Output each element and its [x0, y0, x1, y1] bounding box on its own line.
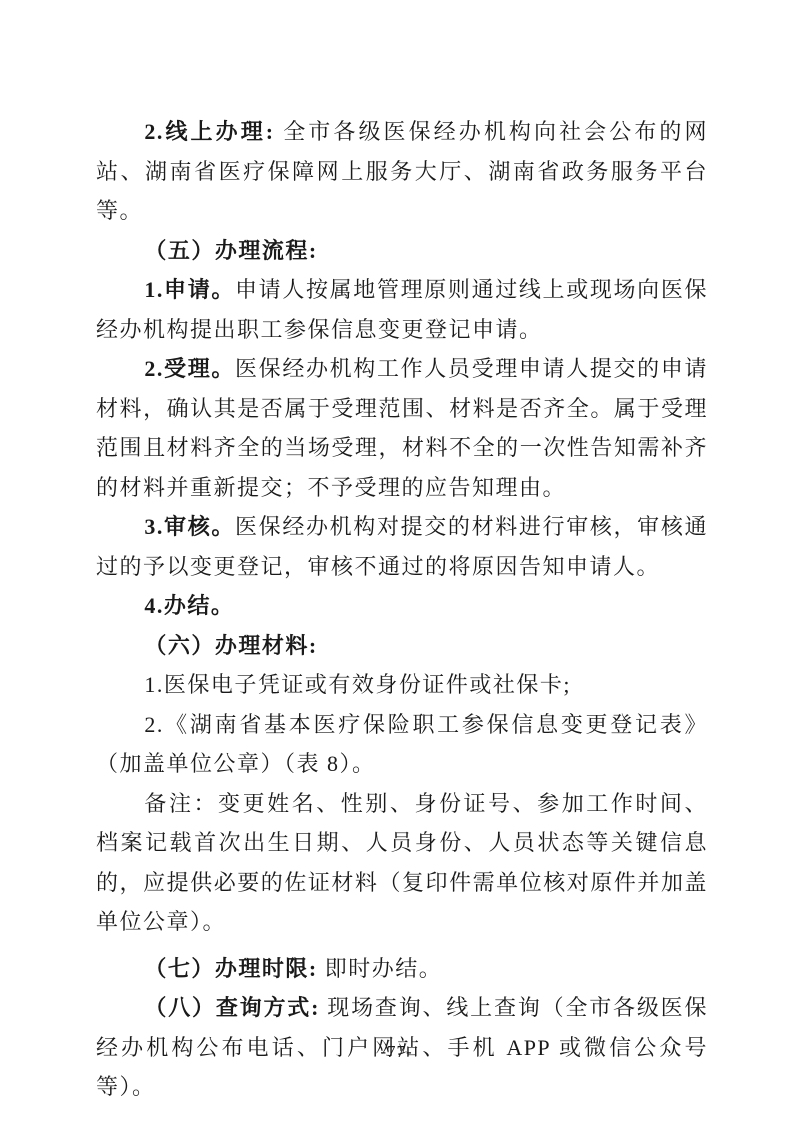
paragraph-remark: 备注：变更姓名、性别、身份证号、参加工作时间、档案记载首次出生日期、人员身份、人… — [96, 784, 708, 942]
document-page: 2.线上办理: 全市各级医保经办机构向社会公布的网站、湖南省医疗保障网上服务大厅… — [0, 0, 793, 1122]
paragraph-lead: 2.受理。 — [144, 356, 235, 381]
heading-lead: （七）办理时限: — [144, 956, 317, 981]
document-body: 2.线上办理: 全市各级医保经办机构向社会公布的网站、湖南省医疗保障网上服务大厅… — [96, 112, 708, 1107]
heading-text: （六）办理材料: — [144, 633, 317, 658]
paragraph-step-accept: 2.受理。医保经办机构工作人员受理申请人提交的申请材料，确认其是否属于受理范围、… — [96, 349, 708, 507]
paragraph-material-2: 2.《湖南省基本医疗保险职工参保信息变更登记表》（加盖单位公章）（表 8）。 — [96, 705, 708, 784]
paragraph-text: 即时办结。 — [318, 956, 443, 981]
paragraph-online-handling: 2.线上办理: 全市各级医保经办机构向社会公布的网站、湖南省医疗保障网上服务大厅… — [96, 112, 708, 231]
paragraph-lead: 2.线上办理: — [144, 119, 274, 144]
heading-lead: （八）查询方式: — [144, 995, 320, 1020]
paragraph-text: 2.《湖南省基本医疗保险职工参保信息变更登记表》（加盖单位公章）（表 8）。 — [96, 712, 708, 777]
paragraph-text: 1.医保电子凭证或有效身份证件或社保卡; — [144, 672, 571, 697]
paragraph-lead: 1.申请。 — [144, 277, 235, 302]
heading-text: （五）办理流程: — [144, 238, 317, 263]
paragraph-lead: 4.办结。 — [144, 593, 234, 618]
paragraph-material-1: 1.医保电子凭证或有效身份证件或社保卡; — [96, 665, 708, 705]
paragraph-text: 备注：变更姓名、性别、身份证号、参加工作时间、档案记载首次出生日期、人员身份、人… — [96, 791, 708, 935]
paragraph-step-apply: 1.申请。申请人按属地管理原则通过线上或现场向医保经办机构提出职工参保信息变更登… — [96, 270, 708, 349]
paragraph-step-finish: 4.办结。 — [96, 586, 708, 626]
heading-section7-time-limit: （七）办理时限: 即时办结。 — [96, 949, 708, 989]
heading-section6-materials: （六）办理材料: — [96, 626, 708, 666]
heading-section5-process: （五）办理流程: — [96, 231, 708, 271]
page-number: -77- — [0, 1042, 793, 1062]
paragraph-step-review: 3.审核。医保经办机构对提交的材料进行审核，审核通过的予以变更登记，审核不通过的… — [96, 507, 708, 586]
paragraph-lead: 3.审核。 — [144, 514, 235, 539]
